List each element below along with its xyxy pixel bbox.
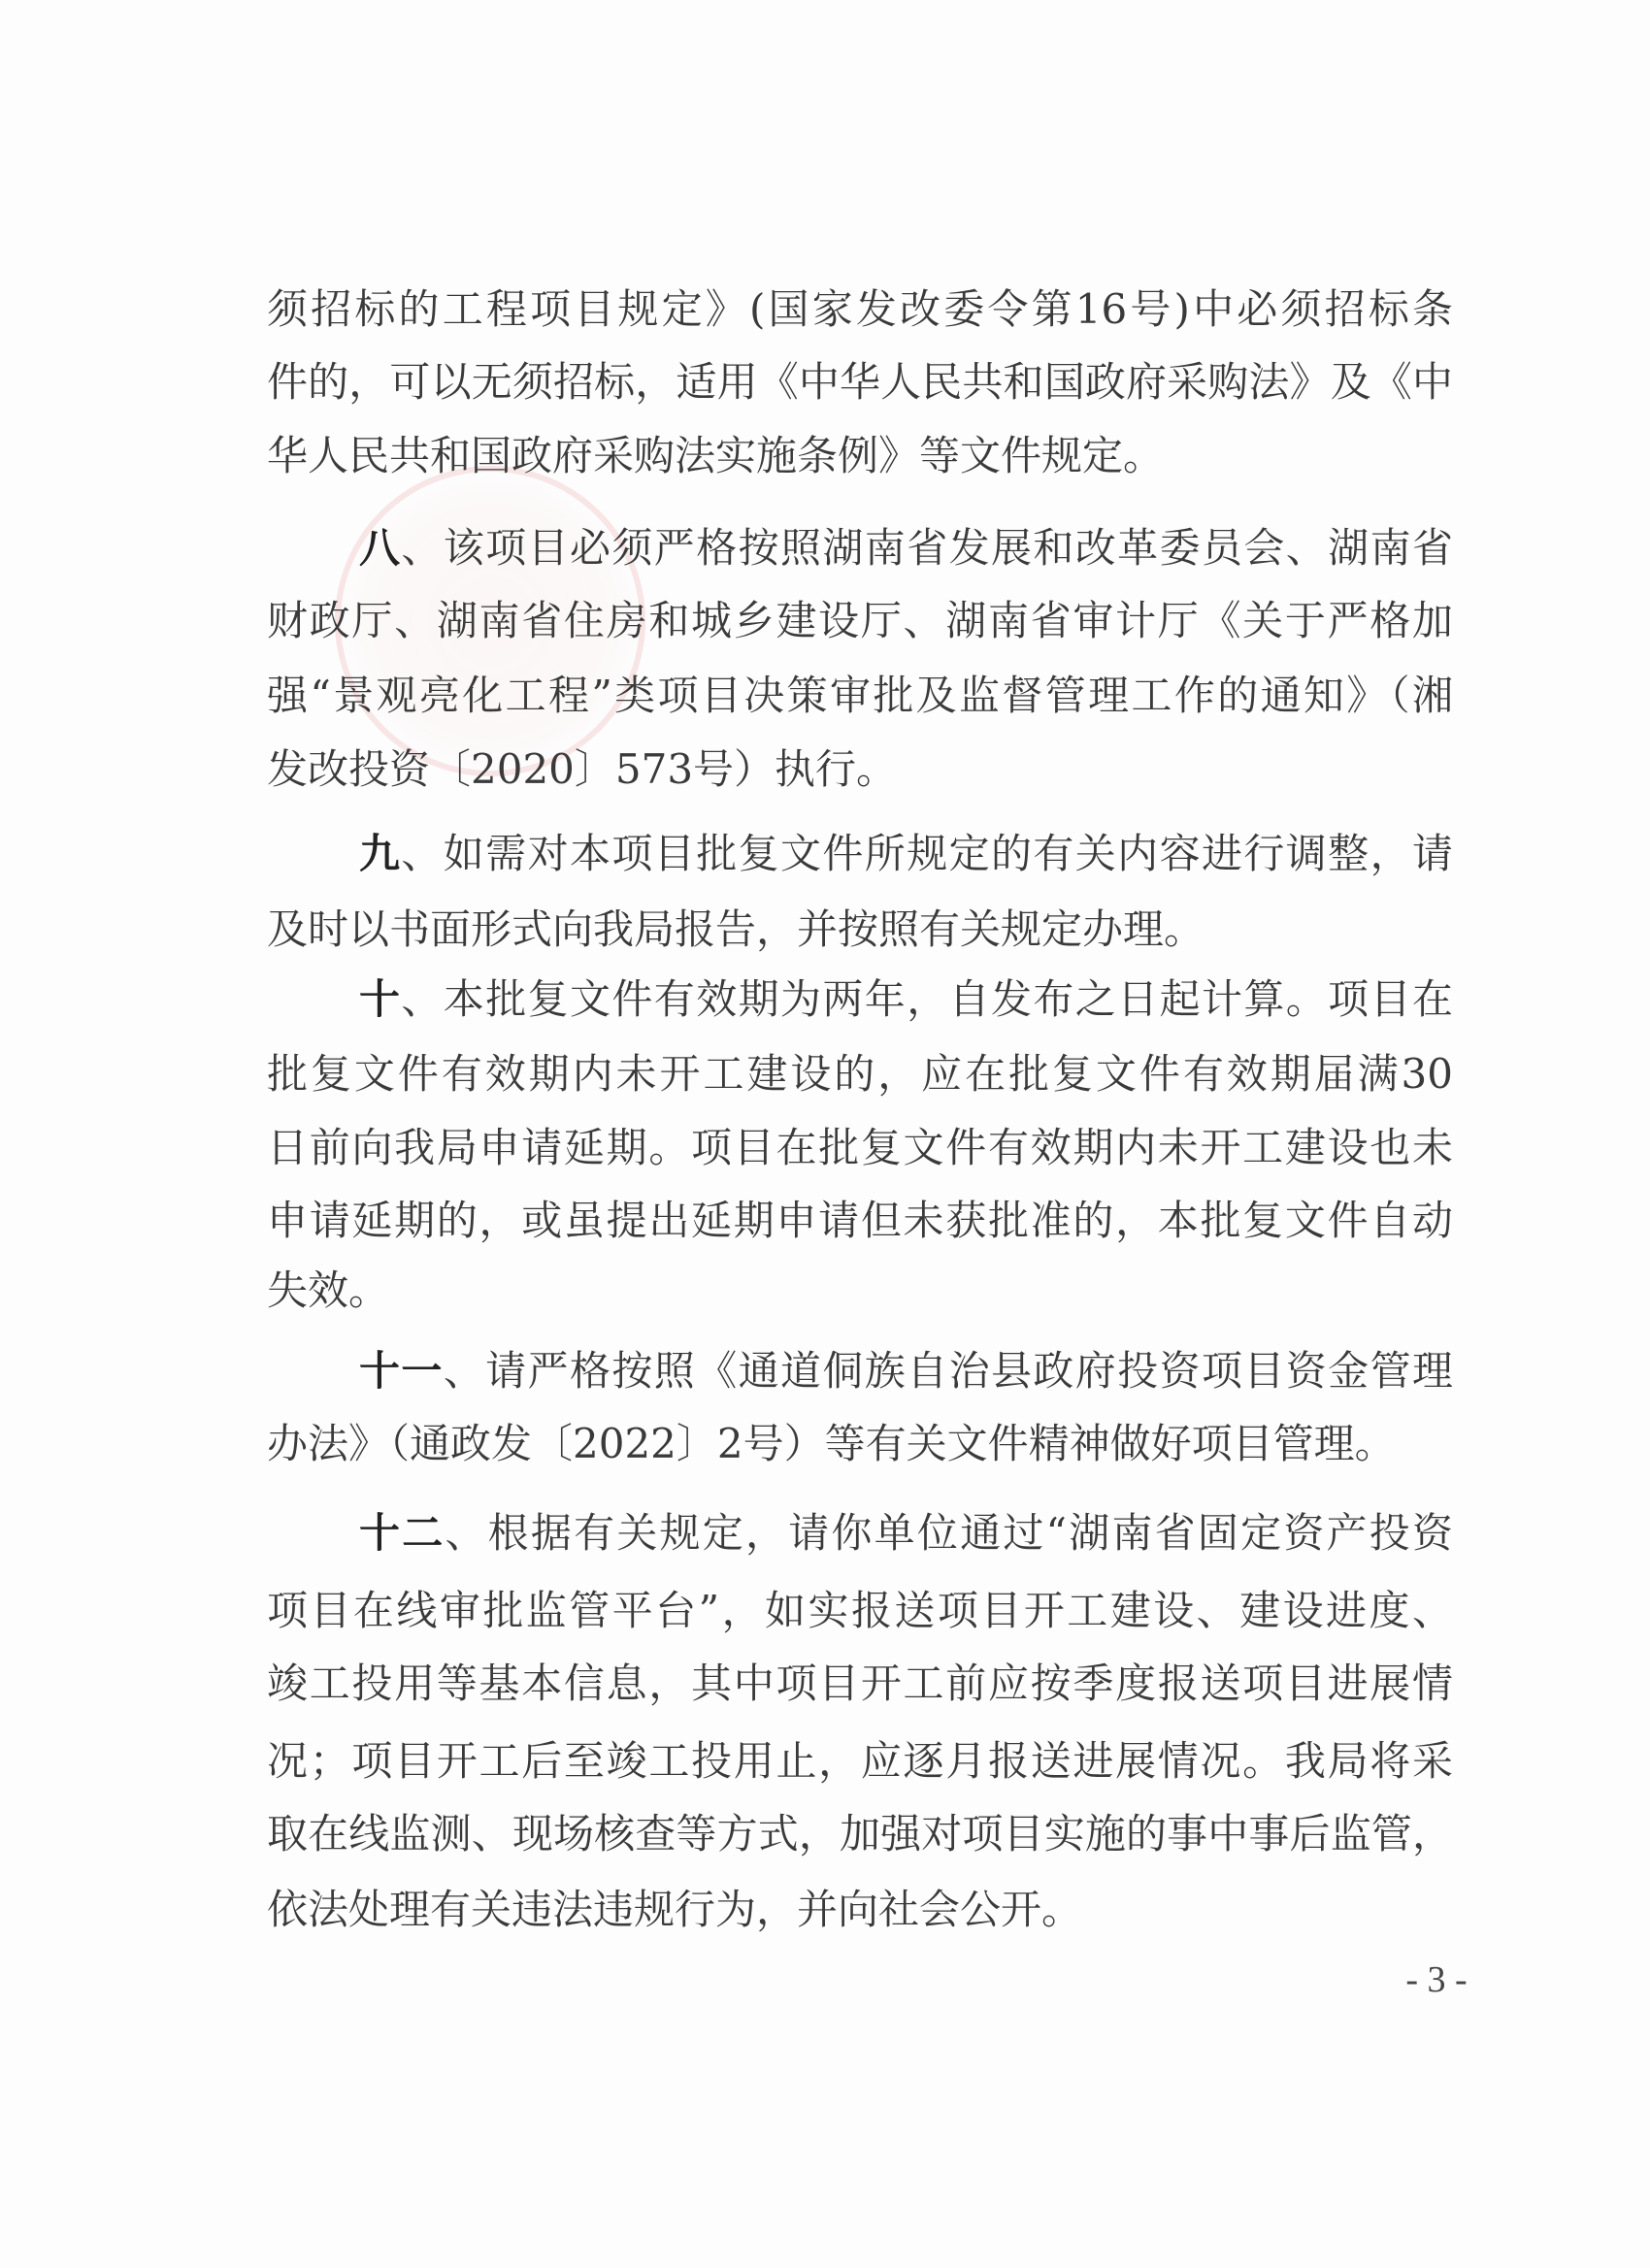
paragraph-heading-line: 十、本批复文件有效期为两年，自发布之日起计算。项目在 xyxy=(359,963,1453,1036)
paragraph-line: 批复文件有效期内未开工建设的，应在批复文件有效期届满30 xyxy=(267,1037,1453,1111)
paragraph-heading-line: 十二、根据有关规定，请你单位通过“湖南省固定资产投资 xyxy=(359,1496,1453,1570)
paragraph-number: 十一 xyxy=(359,1347,444,1395)
paragraph-line: 须招标的工程项目规定》(国家发改委令第16号)中必须招标条 xyxy=(267,273,1453,346)
paragraph-number: 八 xyxy=(359,524,401,572)
paragraph-text: 、如需对本项目批复文件所规定的有关内容进行调整，请 xyxy=(401,830,1453,877)
paragraph-line: 申请延期的，或虽提出延期申请但未获批准的，本批复文件自动 xyxy=(267,1184,1453,1258)
paragraph-line: 发改投资〔2020〕573号）执行。 xyxy=(267,733,1453,806)
paragraph-line: 日前向我局申请延期。项目在批复文件有效期内未开工建设也未 xyxy=(267,1111,1453,1185)
paragraph-heading-line: 八、该项目必须严格按照湖南省发展和改革委员会、湖南省 xyxy=(359,511,1453,585)
paragraph-number: 十 xyxy=(359,975,401,1023)
paragraph-text: 、请严格按照《通道侗族自治县政府投资项目资金管理 xyxy=(444,1347,1453,1395)
paragraph-line: 强“景观亮化工程”类项目决策审批及监督管理工作的通知》（湘 xyxy=(267,659,1453,733)
paragraph-heading-line: 九、如需对本项目批复文件所规定的有关内容进行调整，请 xyxy=(359,817,1453,891)
paragraph-line: 依法处理有关违法违规行为，并向社会公开。 xyxy=(267,1873,1453,1947)
paragraph-line: 件的，可以无须招标，适用《中华人民共和国政府采购法》及《中 xyxy=(267,345,1453,419)
paragraph-text: 、该项目必须严格按照湖南省发展和改革委员会、湖南省 xyxy=(401,524,1453,572)
paragraph-line: 况；项目开工后至竣工投用止，应逐月报送进展情况。我局将采 xyxy=(267,1725,1453,1798)
paragraph-number: 十二 xyxy=(359,1509,445,1557)
paragraph-line: 项目在线审批监管平台”，如实报送项目开工建设、建设进度、 xyxy=(267,1574,1453,1648)
paragraph-line: 办法》（通政发〔2022〕2号）等有关文件精神做好项目管理。 xyxy=(267,1407,1453,1481)
paragraph-heading-line: 十一、请严格按照《通道侗族自治县政府投资项目资金管理 xyxy=(359,1334,1453,1408)
paragraph-text: 、本批复文件有效期为两年，自发布之日起计算。项目在 xyxy=(401,975,1453,1023)
paragraph-number: 九 xyxy=(359,830,401,877)
paragraph-line: 华人民共和国政府采购法实施条例》等文件规定。 xyxy=(267,419,1453,493)
paragraph-line: 失效。 xyxy=(267,1254,1453,1328)
paragraph-line: 竣工投用等基本信息，其中项目开工前应按季度报送项目进展情 xyxy=(267,1647,1453,1721)
paragraph-line: 取在线监测、现场核查等方式，加强对项目实施的事中事后监管， xyxy=(267,1797,1453,1871)
document-page: 须招标的工程项目规定》(国家发改委令第16号)中必须招标条 件的，可以无须招标，… xyxy=(0,0,1650,2268)
paragraph-line: 及时以书面形式向我局报告，并按照有关规定办理。 xyxy=(267,893,1453,967)
paragraph-line: 财政厅、湖南省住房和城乡建设厅、湖南省审计厅《关于严格加 xyxy=(267,584,1453,658)
page-number: - 3 - xyxy=(1359,1941,1514,2019)
paragraph-text: 、根据有关规定，请你单位通过“湖南省固定资产投资 xyxy=(445,1509,1453,1557)
